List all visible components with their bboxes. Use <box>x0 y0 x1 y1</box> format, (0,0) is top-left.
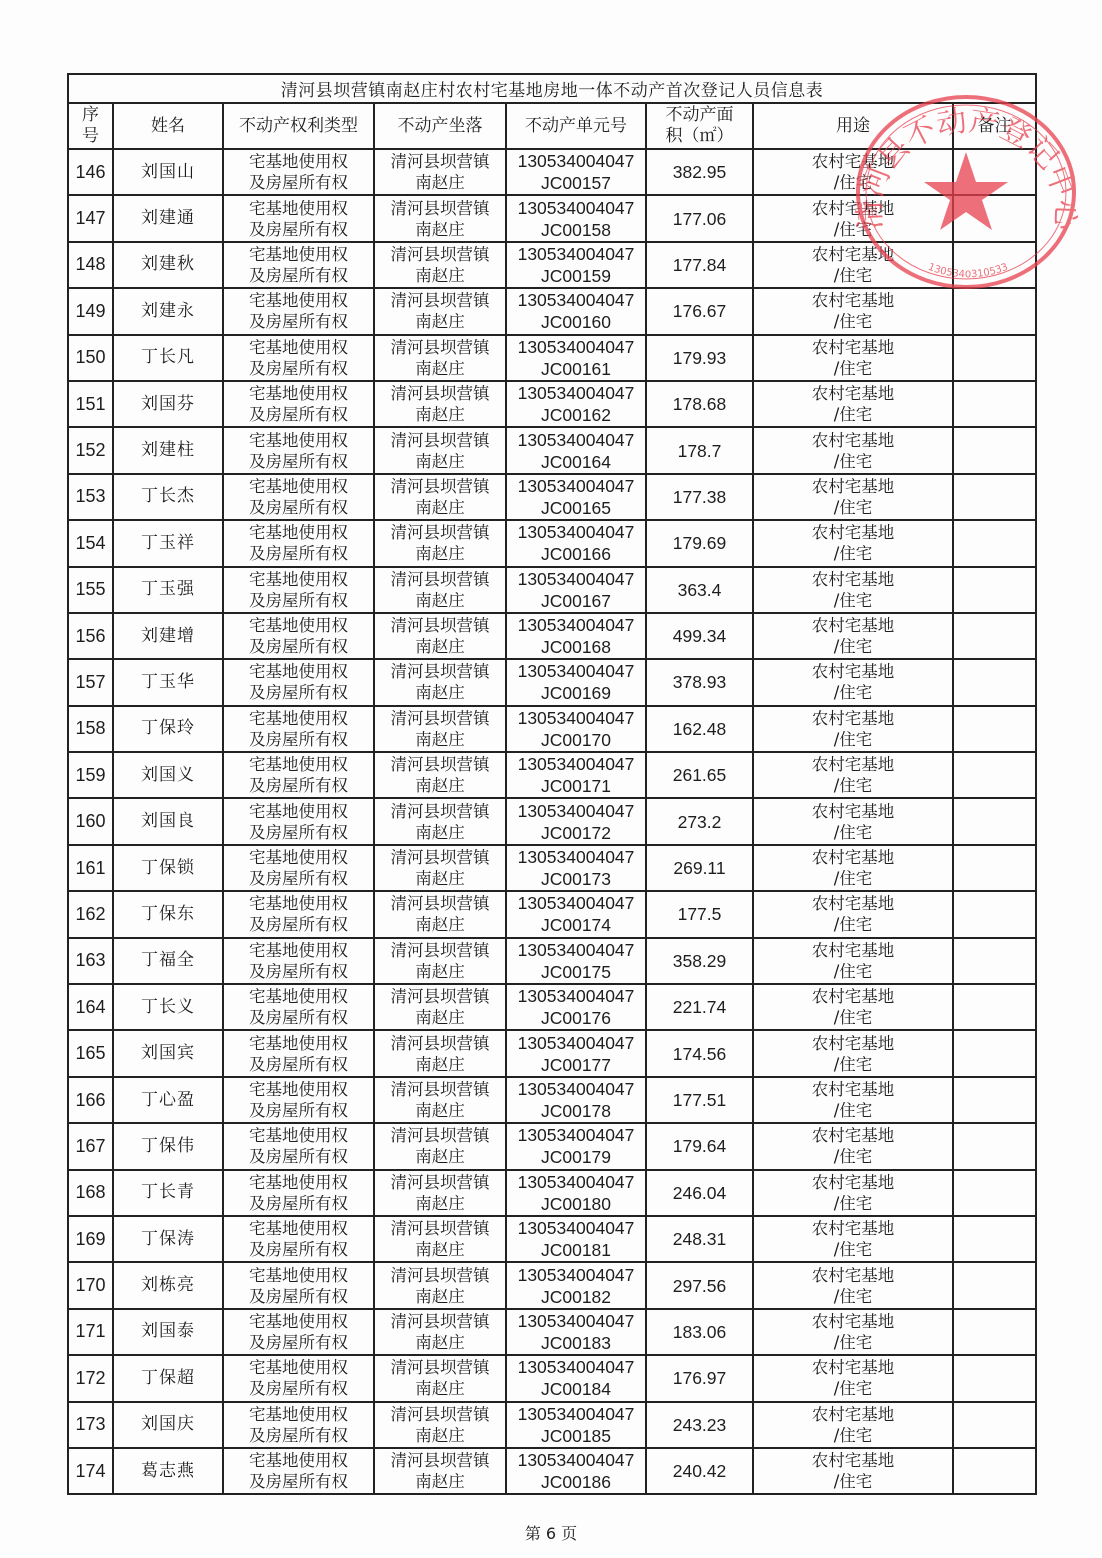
unit-number-cell: 130534004047JC00181 <box>506 1216 646 1262</box>
usage-cell: 农村宅基地/住宅 <box>753 706 953 752</box>
usage-cell: 农村宅基地/住宅 <box>753 1077 953 1123</box>
area-cell: 183.06 <box>646 1309 753 1355</box>
usage-cell: 农村宅基地/住宅 <box>753 1309 953 1355</box>
remark-cell <box>953 1262 1036 1308</box>
right-type-cell: 宅基地使用权及房屋所有权 <box>223 474 374 520</box>
unit-number-cell: 130534004047JC00170 <box>506 706 646 752</box>
location-cell: 清河县坝营镇南赵庄 <box>374 984 506 1030</box>
area-cell: 177.51 <box>646 1077 753 1123</box>
unit-number-cell: 130534004047JC00184 <box>506 1355 646 1401</box>
location-cell: 清河县坝营镇南赵庄 <box>374 1170 506 1216</box>
unit-number-cell: 130534004047JC00168 <box>506 613 646 659</box>
area-cell: 243.23 <box>646 1402 753 1448</box>
remark-cell <box>953 520 1036 566</box>
remark-cell <box>953 1077 1036 1123</box>
table-row: 160刘国良宅基地使用权及房屋所有权清河县坝营镇南赵庄130534004047J… <box>68 798 1036 844</box>
seq-cell: 156 <box>68 613 113 659</box>
table-row: 172丁保超宅基地使用权及房屋所有权清河县坝营镇南赵庄130534004047J… <box>68 1355 1036 1401</box>
unit-number-cell: 130534004047JC00160 <box>506 288 646 334</box>
usage-cell: 农村宅基地/住宅 <box>753 567 953 613</box>
right-type-cell: 宅基地使用权及房屋所有权 <box>223 938 374 984</box>
area-cell: 378.93 <box>646 659 753 705</box>
unit-number-cell: 130534004047JC00157 <box>506 149 646 195</box>
right-type-cell: 宅基地使用权及房屋所有权 <box>223 1355 374 1401</box>
location-cell: 清河县坝营镇南赵庄 <box>374 1262 506 1308</box>
right-type-cell: 宅基地使用权及房屋所有权 <box>223 195 374 241</box>
location-cell: 清河县坝营镇南赵庄 <box>374 381 506 427</box>
right-type-cell: 宅基地使用权及房屋所有权 <box>223 845 374 891</box>
unit-number-cell: 130534004047JC00176 <box>506 984 646 1030</box>
location-cell: 清河县坝营镇南赵庄 <box>374 474 506 520</box>
unit-number-cell: 130534004047JC00164 <box>506 427 646 473</box>
unit-number-cell: 130534004047JC00182 <box>506 1262 646 1308</box>
seq-cell: 168 <box>68 1170 113 1216</box>
usage-cell: 农村宅基地/住宅 <box>753 1355 953 1401</box>
right-type-cell: 宅基地使用权及房屋所有权 <box>223 335 374 381</box>
location-cell: 清河县坝营镇南赵庄 <box>374 1030 506 1076</box>
name-cell: 刘建永 <box>113 288 223 334</box>
seq-cell: 169 <box>68 1216 113 1262</box>
usage-cell: 农村宅基地/住宅 <box>753 149 953 195</box>
right-type-cell: 宅基地使用权及房屋所有权 <box>223 427 374 473</box>
right-type-cell: 宅基地使用权及房屋所有权 <box>223 1077 374 1123</box>
name-cell: 丁保超 <box>113 1355 223 1401</box>
unit-number-cell: 130534004047JC00167 <box>506 567 646 613</box>
usage-cell: 农村宅基地/住宅 <box>753 1216 953 1262</box>
name-cell: 丁保玲 <box>113 706 223 752</box>
right-type-cell: 宅基地使用权及房屋所有权 <box>223 242 374 288</box>
location-cell: 清河县坝营镇南赵庄 <box>374 567 506 613</box>
name-cell: 刘国山 <box>113 149 223 195</box>
area-cell: 177.06 <box>646 195 753 241</box>
remark-cell <box>953 938 1036 984</box>
seq-cell: 164 <box>68 984 113 1030</box>
usage-cell: 农村宅基地/住宅 <box>753 752 953 798</box>
remark-cell <box>953 798 1036 844</box>
name-cell: 丁长凡 <box>113 335 223 381</box>
header-row: 序号姓名不动产权利类型不动产坐落不动产单元号不动产面积（㎡）用途备注 <box>68 103 1036 149</box>
column-header-text: 序 <box>69 105 112 126</box>
area-cell: 363.4 <box>646 567 753 613</box>
remark-cell <box>953 427 1036 473</box>
usage-cell: 农村宅基地/住宅 <box>753 1448 953 1494</box>
area-cell: 246.04 <box>646 1170 753 1216</box>
seq-cell: 154 <box>68 520 113 566</box>
usage-cell: 农村宅基地/住宅 <box>753 845 953 891</box>
column-header-area: 不动产面积（㎡） <box>646 103 753 149</box>
unit-number-cell: 130534004047JC00183 <box>506 1309 646 1355</box>
name-cell: 刘栋亮 <box>113 1262 223 1308</box>
seq-cell: 166 <box>68 1077 113 1123</box>
unit-number-cell: 130534004047JC00172 <box>506 798 646 844</box>
name-cell: 刘建增 <box>113 613 223 659</box>
unit-number-cell: 130534004047JC00171 <box>506 752 646 798</box>
unit-number-cell: 130534004047JC00185 <box>506 1402 646 1448</box>
seq-cell: 163 <box>68 938 113 984</box>
unit-number-cell: 130534004047JC00186 <box>506 1448 646 1494</box>
usage-cell: 农村宅基地/住宅 <box>753 1402 953 1448</box>
right-type-cell: 宅基地使用权及房屋所有权 <box>223 381 374 427</box>
document-page: 清河县坝营镇南赵庄村农村宅基地房地一体不动产首次登记人员信息表 序号姓名不动产权… <box>0 0 1102 1558</box>
name-cell: 丁玉强 <box>113 567 223 613</box>
column-header-text: 不动产面 <box>647 105 752 126</box>
unit-number-cell: 130534004047JC00169 <box>506 659 646 705</box>
location-cell: 清河县坝营镇南赵庄 <box>374 520 506 566</box>
right-type-cell: 宅基地使用权及房屋所有权 <box>223 520 374 566</box>
usage-cell: 农村宅基地/住宅 <box>753 1170 953 1216</box>
area-cell: 177.38 <box>646 474 753 520</box>
table-row: 155丁玉强宅基地使用权及房屋所有权清河县坝营镇南赵庄130534004047J… <box>68 567 1036 613</box>
remark-cell <box>953 1309 1036 1355</box>
area-cell: 176.67 <box>646 288 753 334</box>
table-row: 164丁长义宅基地使用权及房屋所有权清河县坝营镇南赵庄130534004047J… <box>68 984 1036 1030</box>
unit-number-cell: 130534004047JC00158 <box>506 195 646 241</box>
name-cell: 刘国宾 <box>113 1030 223 1076</box>
column-header-usage: 用途 <box>753 103 953 149</box>
remark-cell <box>953 1448 1036 1494</box>
area-cell: 297.56 <box>646 1262 753 1308</box>
location-cell: 清河县坝营镇南赵庄 <box>374 242 506 288</box>
usage-cell: 农村宅基地/住宅 <box>753 474 953 520</box>
remark-cell <box>953 381 1036 427</box>
remark-cell <box>953 659 1036 705</box>
location-cell: 清河县坝营镇南赵庄 <box>374 798 506 844</box>
usage-cell: 农村宅基地/住宅 <box>753 335 953 381</box>
remark-cell <box>953 706 1036 752</box>
seq-cell: 158 <box>68 706 113 752</box>
seq-cell: 147 <box>68 195 113 241</box>
location-cell: 清河县坝营镇南赵庄 <box>374 891 506 937</box>
table-row: 158丁保玲宅基地使用权及房屋所有权清河县坝营镇南赵庄130534004047J… <box>68 706 1036 752</box>
table-row: 165刘国宾宅基地使用权及房屋所有权清河县坝营镇南赵庄130534004047J… <box>68 1030 1036 1076</box>
right-type-cell: 宅基地使用权及房屋所有权 <box>223 149 374 195</box>
column-header-text: 号 <box>69 126 112 147</box>
right-type-cell: 宅基地使用权及房屋所有权 <box>223 1216 374 1262</box>
usage-cell: 农村宅基地/住宅 <box>753 891 953 937</box>
name-cell: 刘建通 <box>113 195 223 241</box>
seq-cell: 149 <box>68 288 113 334</box>
usage-cell: 农村宅基地/住宅 <box>753 427 953 473</box>
usage-cell: 农村宅基地/住宅 <box>753 613 953 659</box>
table-row: 148刘建秋宅基地使用权及房屋所有权清河县坝营镇南赵庄130534004047J… <box>68 242 1036 288</box>
area-cell: 179.69 <box>646 520 753 566</box>
column-header-name: 姓名 <box>113 103 223 149</box>
remark-cell <box>953 567 1036 613</box>
location-cell: 清河县坝营镇南赵庄 <box>374 659 506 705</box>
area-cell: 177.84 <box>646 242 753 288</box>
remark-cell <box>953 1402 1036 1448</box>
right-type-cell: 宅基地使用权及房屋所有权 <box>223 659 374 705</box>
location-cell: 清河县坝营镇南赵庄 <box>374 1402 506 1448</box>
location-cell: 清河县坝营镇南赵庄 <box>374 1216 506 1262</box>
remark-cell <box>953 288 1036 334</box>
area-cell: 248.31 <box>646 1216 753 1262</box>
name-cell: 丁心盈 <box>113 1077 223 1123</box>
name-cell: 丁保东 <box>113 891 223 937</box>
usage-cell: 农村宅基地/住宅 <box>753 938 953 984</box>
area-cell: 221.74 <box>646 984 753 1030</box>
table-row: 162丁保东宅基地使用权及房屋所有权清河县坝营镇南赵庄130534004047J… <box>68 891 1036 937</box>
column-header-unit-no: 不动产单元号 <box>506 103 646 149</box>
table-row: 166丁心盈宅基地使用权及房屋所有权清河县坝营镇南赵庄130534004047J… <box>68 1077 1036 1123</box>
location-cell: 清河县坝营镇南赵庄 <box>374 1077 506 1123</box>
remark-cell <box>953 474 1036 520</box>
name-cell: 丁长杰 <box>113 474 223 520</box>
name-cell: 刘国芬 <box>113 381 223 427</box>
name-cell: 丁保涛 <box>113 1216 223 1262</box>
table-row: 151刘国芬宅基地使用权及房屋所有权清河县坝营镇南赵庄130534004047J… <box>68 381 1036 427</box>
unit-number-cell: 130534004047JC00161 <box>506 335 646 381</box>
location-cell: 清河县坝营镇南赵庄 <box>374 938 506 984</box>
seq-cell: 151 <box>68 381 113 427</box>
remark-cell <box>953 984 1036 1030</box>
page-number: 第 6 页 <box>0 1521 1102 1544</box>
location-cell: 清河县坝营镇南赵庄 <box>374 149 506 195</box>
unit-number-cell: 130534004047JC00159 <box>506 242 646 288</box>
unit-number-cell: 130534004047JC00175 <box>506 938 646 984</box>
name-cell: 刘国泰 <box>113 1309 223 1355</box>
right-type-cell: 宅基地使用权及房屋所有权 <box>223 1030 374 1076</box>
remark-cell <box>953 242 1036 288</box>
seq-cell: 171 <box>68 1309 113 1355</box>
usage-cell: 农村宅基地/住宅 <box>753 1030 953 1076</box>
table-body: 146刘国山宅基地使用权及房屋所有权清河县坝营镇南赵庄130534004047J… <box>68 149 1036 1494</box>
area-cell: 382.95 <box>646 149 753 195</box>
remark-cell <box>953 1355 1036 1401</box>
location-cell: 清河县坝营镇南赵庄 <box>374 613 506 659</box>
remark-cell <box>953 752 1036 798</box>
seq-cell: 159 <box>68 752 113 798</box>
location-cell: 清河县坝营镇南赵庄 <box>374 288 506 334</box>
name-cell: 丁保锁 <box>113 845 223 891</box>
column-header-text: 不动产坐落 <box>375 116 505 137</box>
unit-number-cell: 130534004047JC00180 <box>506 1170 646 1216</box>
unit-number-cell: 130534004047JC00162 <box>506 381 646 427</box>
right-type-cell: 宅基地使用权及房屋所有权 <box>223 1123 374 1169</box>
usage-cell: 农村宅基地/住宅 <box>753 195 953 241</box>
table-row: 156刘建增宅基地使用权及房屋所有权清河县坝营镇南赵庄130534004047J… <box>68 613 1036 659</box>
right-type-cell: 宅基地使用权及房屋所有权 <box>223 1402 374 1448</box>
seq-cell: 165 <box>68 1030 113 1076</box>
name-cell: 丁玉祥 <box>113 520 223 566</box>
column-header-text: 用途 <box>754 116 952 137</box>
remark-cell <box>953 1030 1036 1076</box>
area-cell: 273.2 <box>646 798 753 844</box>
seq-cell: 167 <box>68 1123 113 1169</box>
right-type-cell: 宅基地使用权及房屋所有权 <box>223 288 374 334</box>
seq-cell: 161 <box>68 845 113 891</box>
usage-cell: 农村宅基地/住宅 <box>753 1123 953 1169</box>
remark-cell <box>953 335 1036 381</box>
area-cell: 176.97 <box>646 1355 753 1401</box>
registration-table: 清河县坝营镇南赵庄村农村宅基地房地一体不动产首次登记人员信息表 序号姓名不动产权… <box>67 73 1037 1495</box>
table-row: 174葛志燕宅基地使用权及房屋所有权清河县坝营镇南赵庄130534004047J… <box>68 1448 1036 1494</box>
unit-number-cell: 130534004047JC00166 <box>506 520 646 566</box>
usage-cell: 农村宅基地/住宅 <box>753 288 953 334</box>
table-row: 168丁长青宅基地使用权及房屋所有权清河县坝营镇南赵庄130534004047J… <box>68 1170 1036 1216</box>
name-cell: 葛志燕 <box>113 1448 223 1494</box>
name-cell: 刘国庆 <box>113 1402 223 1448</box>
seq-cell: 160 <box>68 798 113 844</box>
column-header-location: 不动产坐落 <box>374 103 506 149</box>
right-type-cell: 宅基地使用权及房屋所有权 <box>223 567 374 613</box>
column-header-text: 不动产单元号 <box>507 116 645 137</box>
seq-cell: 162 <box>68 891 113 937</box>
location-cell: 清河县坝营镇南赵庄 <box>374 427 506 473</box>
table-row: 161丁保锁宅基地使用权及房屋所有权清河县坝营镇南赵庄130534004047J… <box>68 845 1036 891</box>
name-cell: 丁玉华 <box>113 659 223 705</box>
remark-cell <box>953 149 1036 195</box>
unit-number-cell: 130534004047JC00179 <box>506 1123 646 1169</box>
location-cell: 清河县坝营镇南赵庄 <box>374 706 506 752</box>
remark-cell <box>953 1123 1036 1169</box>
right-type-cell: 宅基地使用权及房屋所有权 <box>223 798 374 844</box>
unit-number-cell: 130534004047JC00174 <box>506 891 646 937</box>
area-cell: 179.93 <box>646 335 753 381</box>
location-cell: 清河县坝营镇南赵庄 <box>374 1355 506 1401</box>
seq-cell: 150 <box>68 335 113 381</box>
table-row: 153丁长杰宅基地使用权及房屋所有权清河县坝营镇南赵庄130534004047J… <box>68 474 1036 520</box>
right-type-cell: 宅基地使用权及房屋所有权 <box>223 1170 374 1216</box>
location-cell: 清河县坝营镇南赵庄 <box>374 845 506 891</box>
column-header-text: 备注 <box>954 116 1035 137</box>
table-row: 170刘栋亮宅基地使用权及房屋所有权清河县坝营镇南赵庄130534004047J… <box>68 1262 1036 1308</box>
area-cell: 261.65 <box>646 752 753 798</box>
right-type-cell: 宅基地使用权及房屋所有权 <box>223 613 374 659</box>
usage-cell: 农村宅基地/住宅 <box>753 381 953 427</box>
right-type-cell: 宅基地使用权及房屋所有权 <box>223 891 374 937</box>
area-cell: 178.68 <box>646 381 753 427</box>
name-cell: 刘建秋 <box>113 242 223 288</box>
table-row: 149刘建永宅基地使用权及房屋所有权清河县坝营镇南赵庄130534004047J… <box>68 288 1036 334</box>
usage-cell: 农村宅基地/住宅 <box>753 984 953 1030</box>
name-cell: 丁长青 <box>113 1170 223 1216</box>
table-row: 159刘国义宅基地使用权及房屋所有权清河县坝营镇南赵庄130534004047J… <box>68 752 1036 798</box>
table-row: 167丁保伟宅基地使用权及房屋所有权清河县坝营镇南赵庄130534004047J… <box>68 1123 1036 1169</box>
table-row: 169丁保涛宅基地使用权及房屋所有权清河县坝营镇南赵庄130534004047J… <box>68 1216 1036 1262</box>
name-cell: 丁福全 <box>113 938 223 984</box>
table-row: 152刘建柱宅基地使用权及房屋所有权清河县坝营镇南赵庄130534004047J… <box>68 427 1036 473</box>
area-cell: 174.56 <box>646 1030 753 1076</box>
name-cell: 刘国义 <box>113 752 223 798</box>
location-cell: 清河县坝营镇南赵庄 <box>374 752 506 798</box>
column-header-text: 积（㎡） <box>647 126 752 147</box>
name-cell: 刘建柱 <box>113 427 223 473</box>
right-type-cell: 宅基地使用权及房屋所有权 <box>223 1309 374 1355</box>
unit-number-cell: 130534004047JC00178 <box>506 1077 646 1123</box>
seq-cell: 155 <box>68 567 113 613</box>
usage-cell: 农村宅基地/住宅 <box>753 659 953 705</box>
table-row: 150丁长凡宅基地使用权及房屋所有权清河县坝营镇南赵庄130534004047J… <box>68 335 1036 381</box>
table-row: 171刘国泰宅基地使用权及房屋所有权清河县坝营镇南赵庄130534004047J… <box>68 1309 1036 1355</box>
remark-cell <box>953 1170 1036 1216</box>
area-cell: 162.48 <box>646 706 753 752</box>
area-cell: 240.42 <box>646 1448 753 1494</box>
column-header-seq: 序号 <box>68 103 113 149</box>
right-type-cell: 宅基地使用权及房屋所有权 <box>223 1448 374 1494</box>
column-header-remark: 备注 <box>953 103 1036 149</box>
table-row: 163丁福全宅基地使用权及房屋所有权清河县坝营镇南赵庄130534004047J… <box>68 938 1036 984</box>
remark-cell <box>953 845 1036 891</box>
name-cell: 丁长义 <box>113 984 223 1030</box>
usage-cell: 农村宅基地/住宅 <box>753 1262 953 1308</box>
table-row: 157丁玉华宅基地使用权及房屋所有权清河县坝营镇南赵庄130534004047J… <box>68 659 1036 705</box>
seq-cell: 170 <box>68 1262 113 1308</box>
location-cell: 清河县坝营镇南赵庄 <box>374 1309 506 1355</box>
unit-number-cell: 130534004047JC00177 <box>506 1030 646 1076</box>
name-cell: 丁保伟 <box>113 1123 223 1169</box>
seq-cell: 152 <box>68 427 113 473</box>
remark-cell <box>953 1216 1036 1262</box>
location-cell: 清河县坝营镇南赵庄 <box>374 195 506 241</box>
seq-cell: 157 <box>68 659 113 705</box>
table-title: 清河县坝营镇南赵庄村农村宅基地房地一体不动产首次登记人员信息表 <box>68 74 1036 103</box>
table-row: 154丁玉祥宅基地使用权及房屋所有权清河县坝营镇南赵庄130534004047J… <box>68 520 1036 566</box>
area-cell: 269.11 <box>646 845 753 891</box>
usage-cell: 农村宅基地/住宅 <box>753 242 953 288</box>
location-cell: 清河县坝营镇南赵庄 <box>374 1123 506 1169</box>
unit-number-cell: 130534004047JC00173 <box>506 845 646 891</box>
area-cell: 499.34 <box>646 613 753 659</box>
right-type-cell: 宅基地使用权及房屋所有权 <box>223 984 374 1030</box>
remark-cell <box>953 613 1036 659</box>
name-cell: 刘国良 <box>113 798 223 844</box>
usage-cell: 农村宅基地/住宅 <box>753 520 953 566</box>
seq-cell: 148 <box>68 242 113 288</box>
table-row: 146刘国山宅基地使用权及房屋所有权清河县坝营镇南赵庄130534004047J… <box>68 149 1036 195</box>
right-type-cell: 宅基地使用权及房屋所有权 <box>223 706 374 752</box>
area-cell: 177.5 <box>646 891 753 937</box>
table-row: 173刘国庆宅基地使用权及房屋所有权清河县坝营镇南赵庄130534004047J… <box>68 1402 1036 1448</box>
seq-cell: 174 <box>68 1448 113 1494</box>
usage-cell: 农村宅基地/住宅 <box>753 798 953 844</box>
table-row: 147刘建通宅基地使用权及房屋所有权清河县坝营镇南赵庄130534004047J… <box>68 195 1036 241</box>
seq-cell: 146 <box>68 149 113 195</box>
seq-cell: 153 <box>68 474 113 520</box>
column-header-text: 不动产权利类型 <box>224 116 373 137</box>
remark-cell <box>953 195 1036 241</box>
area-cell: 358.29 <box>646 938 753 984</box>
column-header-text: 姓名 <box>114 116 222 137</box>
unit-number-cell: 130534004047JC00165 <box>506 474 646 520</box>
right-type-cell: 宅基地使用权及房屋所有权 <box>223 1262 374 1308</box>
seq-cell: 172 <box>68 1355 113 1401</box>
location-cell: 清河县坝营镇南赵庄 <box>374 1448 506 1494</box>
location-cell: 清河县坝营镇南赵庄 <box>374 335 506 381</box>
seq-cell: 173 <box>68 1402 113 1448</box>
remark-cell <box>953 891 1036 937</box>
area-cell: 179.64 <box>646 1123 753 1169</box>
right-type-cell: 宅基地使用权及房屋所有权 <box>223 752 374 798</box>
column-header-right-type: 不动产权利类型 <box>223 103 374 149</box>
area-cell: 178.7 <box>646 427 753 473</box>
